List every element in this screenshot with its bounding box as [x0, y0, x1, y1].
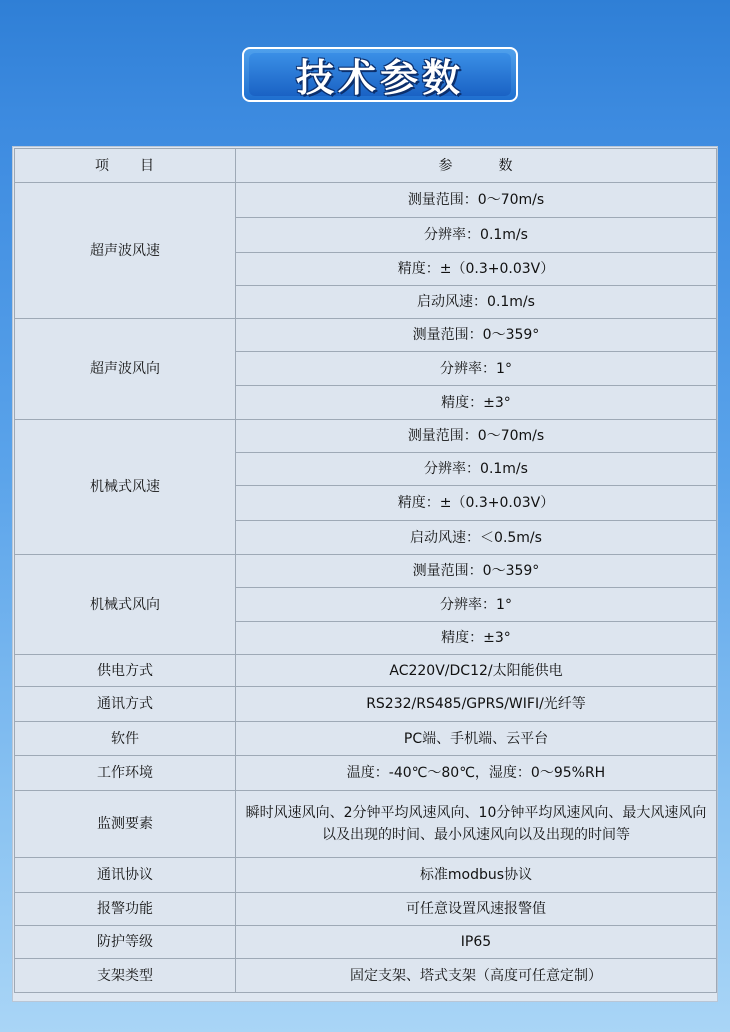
table-row: 超声波风向 测量范围：0～359° — [15, 319, 717, 352]
row-value: 瞬时风速风向、2分钟平均风速风向、10分钟平均风速风向、最大风速风向以及出现的时… — [236, 791, 717, 858]
group-label: 机械式风速 — [15, 420, 236, 555]
param-value: 精度：±（0.3+0.03V） — [236, 253, 717, 286]
group-label: 超声波风向 — [15, 319, 236, 420]
row-value: 固定支架、塔式支架（高度可任意定制） — [236, 959, 717, 993]
param-value: 分辨率：0.1m/s — [236, 453, 717, 486]
param-value: 分辨率：0.1m/s — [236, 218, 717, 253]
row-value: 温度：-40℃～80℃，湿度：0～95%RH — [236, 756, 717, 791]
row-label: 工作环境 — [15, 756, 236, 791]
row-label: 软件 — [15, 722, 236, 756]
row-label: 供电方式 — [15, 655, 236, 687]
param-value: 测量范围：0～70m/s — [236, 183, 717, 218]
table-row: 通讯方式 RS232/RS485/GPRS/WIFI/光纤等 — [15, 687, 717, 722]
row-label: 通讯协议 — [15, 858, 236, 893]
page-title: 技术参数 — [296, 47, 464, 102]
row-label: 防护等级 — [15, 926, 236, 959]
row-label: 报警功能 — [15, 893, 236, 926]
table-row: 超声波风速 测量范围：0～70m/s — [15, 183, 717, 218]
param-value: 精度：±（0.3+0.03V） — [236, 486, 717, 521]
table-row: 防护等级 IP65 — [15, 926, 717, 959]
param-value: 启动风速：＜0.5m/s — [236, 521, 717, 555]
row-value: RS232/RS485/GPRS/WIFI/光纤等 — [236, 687, 717, 722]
table-row: 机械式风向 测量范围：0～359° — [15, 555, 717, 588]
row-value: 可任意设置风速报警值 — [236, 893, 717, 926]
row-value: 标准modbus协议 — [236, 858, 717, 893]
row-value: AC220V/DC12/太阳能供电 — [236, 655, 717, 687]
spec-table-container: 项 目 参 数 超声波风速 测量范围：0～70m/s 分辨率：0.1m/s 精度… — [12, 146, 718, 1002]
param-value: 启动风速：0.1m/s — [236, 286, 717, 319]
title-banner: 技术参数 — [242, 47, 518, 102]
header-item: 项 目 — [15, 149, 236, 183]
table-row: 工作环境 温度：-40℃～80℃，湿度：0～95%RH — [15, 756, 717, 791]
table-row: 支架类型 固定支架、塔式支架（高度可任意定制） — [15, 959, 717, 993]
table-row: 报警功能 可任意设置风速报警值 — [15, 893, 717, 926]
header-params: 参 数 — [236, 149, 717, 183]
param-value: 精度：±3° — [236, 622, 717, 655]
title-banner-inner: 技术参数 — [249, 53, 511, 96]
group-label: 机械式风向 — [15, 555, 236, 655]
row-value: IP65 — [236, 926, 717, 959]
row-label: 监测要素 — [15, 791, 236, 858]
param-value: 测量范围：0～70m/s — [236, 420, 717, 453]
table-row: 通讯协议 标准modbus协议 — [15, 858, 717, 893]
table-row: 机械式风速 测量范围：0～70m/s — [15, 420, 717, 453]
table-row: 软件 PC端、手机端、云平台 — [15, 722, 717, 756]
param-value: 分辨率：1° — [236, 352, 717, 386]
row-label: 通讯方式 — [15, 687, 236, 722]
param-value: 测量范围：0～359° — [236, 555, 717, 588]
table-row: 供电方式 AC220V/DC12/太阳能供电 — [15, 655, 717, 687]
param-value: 精度：±3° — [236, 386, 717, 420]
param-value: 测量范围：0～359° — [236, 319, 717, 352]
row-label: 支架类型 — [15, 959, 236, 993]
param-value: 分辨率：1° — [236, 588, 717, 622]
table-header-row: 项 目 参 数 — [15, 149, 717, 183]
group-label: 超声波风速 — [15, 183, 236, 319]
table-row: 监测要素 瞬时风速风向、2分钟平均风速风向、10分钟平均风速风向、最大风速风向以… — [15, 791, 717, 858]
spec-table: 项 目 参 数 超声波风速 测量范围：0～70m/s 分辨率：0.1m/s 精度… — [14, 148, 717, 993]
row-value: PC端、手机端、云平台 — [236, 722, 717, 756]
